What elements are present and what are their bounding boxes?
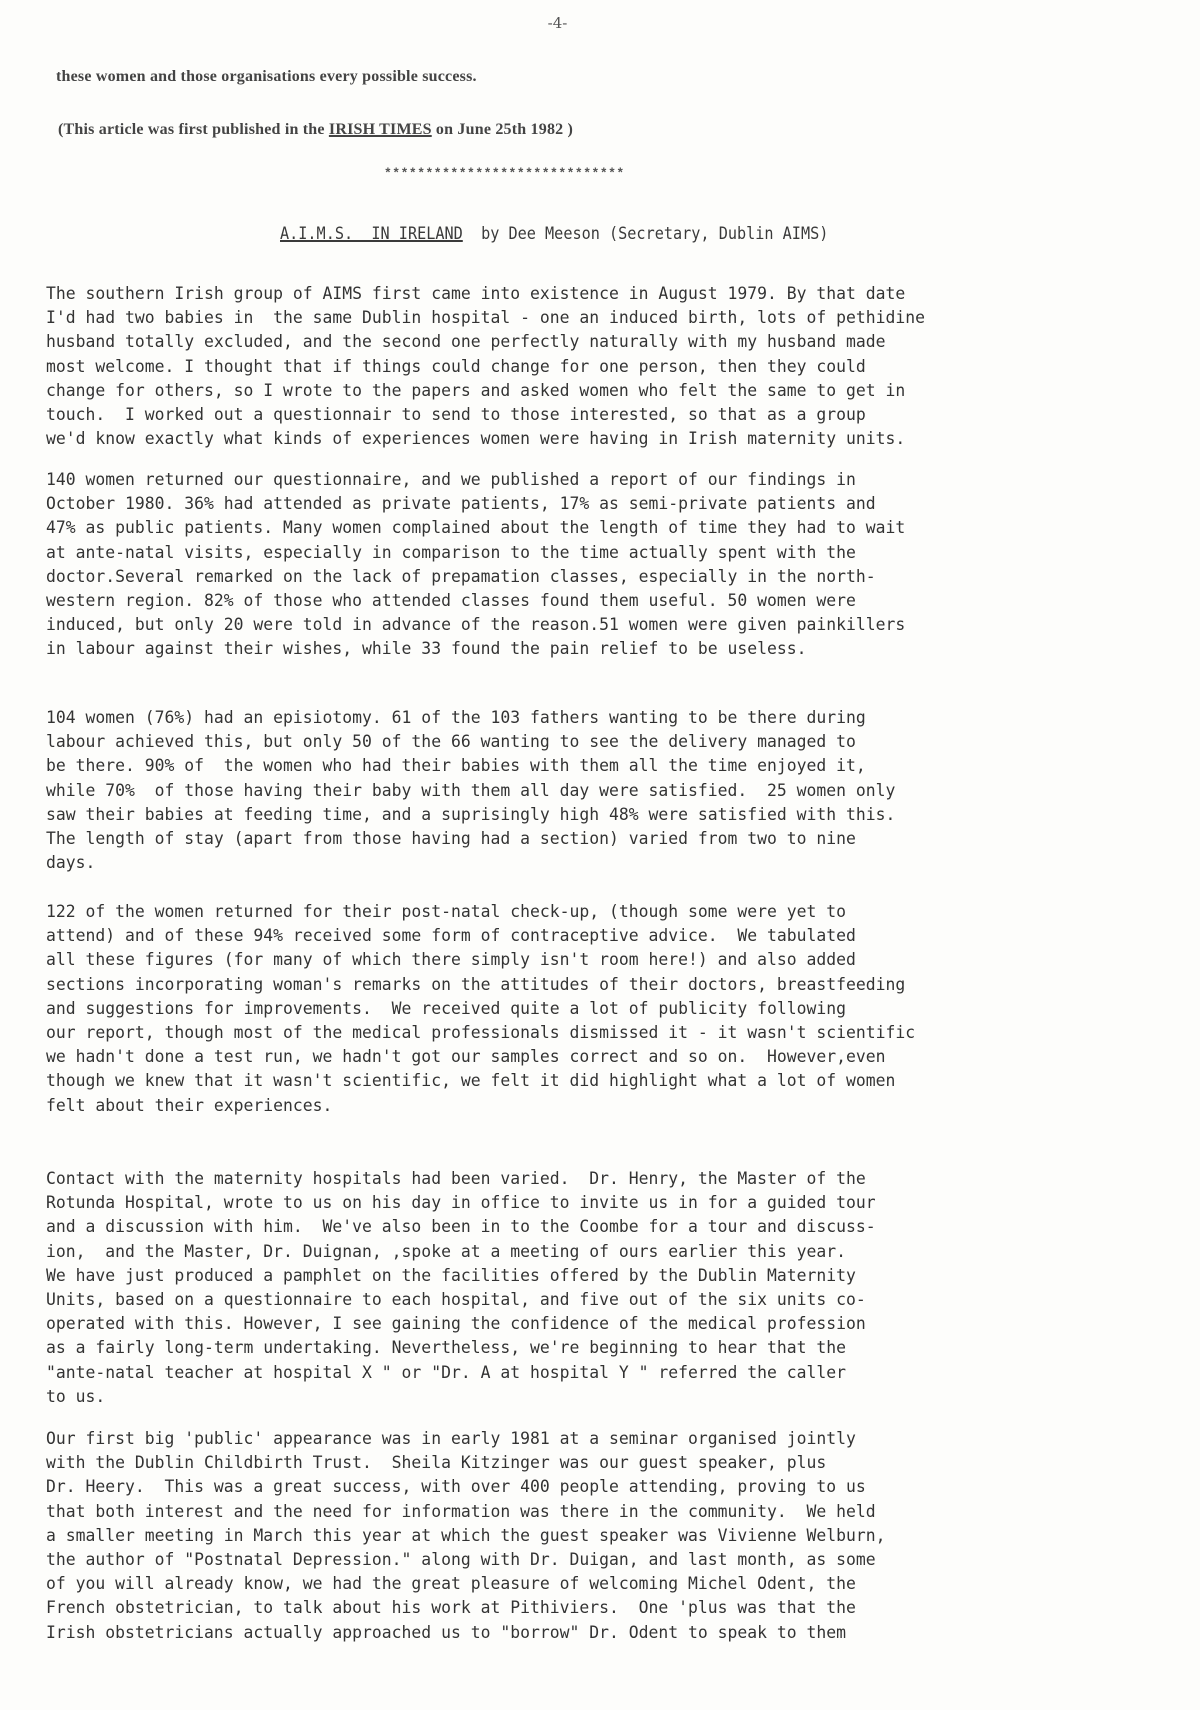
section-separator: *****************************	[384, 166, 625, 181]
intro-closing-line: these women and those organisations ever…	[56, 68, 477, 86]
paragraph: 104 women (76%) had an episiotomy. 61 of…	[46, 706, 895, 875]
paragraph: 140 women returned our questionnaire, an…	[46, 468, 905, 662]
paragraph-line: induced, but only 20 were told in advanc…	[46, 613, 905, 637]
paragraph-line: change for others, so I wrote to the pap…	[46, 379, 925, 403]
paragraph-line: that both interest and the need for info…	[46, 1500, 886, 1524]
paragraph-line: at ante-natal visits, especially in comp…	[46, 541, 905, 565]
paragraph-line: "ante-natal teacher at hospital X " or "…	[46, 1361, 876, 1385]
paragraph-line: days.	[46, 851, 895, 875]
paragraph-line: 122 of the women returned for their post…	[46, 900, 915, 924]
paragraph-line: a smaller meeting in March this year at …	[46, 1524, 886, 1548]
paragraph-line: husband totally excluded, and the second…	[46, 330, 925, 354]
paragraph: Contact with the maternity hospitals had…	[46, 1167, 876, 1409]
paragraph-line: the author of "Postnatal Depression." al…	[46, 1548, 886, 1572]
paragraph-line: in labour against their wishes, while 33…	[46, 637, 905, 661]
article-byline: by Dee Meeson (Secretary, Dublin AIMS)	[463, 224, 829, 243]
publication-note-suffix: on June 25th 1982 )	[432, 121, 573, 138]
paragraph-line: though we knew that it wasn't scientific…	[46, 1069, 915, 1093]
paragraph-line: Our first big 'public' appearance was in…	[46, 1427, 886, 1451]
paragraph-line: attend) and of these 94% received some f…	[46, 924, 915, 948]
paragraph-line: western region. 82% of those who attende…	[46, 589, 905, 613]
paragraph-line: The length of stay (apart from those hav…	[46, 827, 895, 851]
paragraph-line: felt about their experiences.	[46, 1094, 915, 1118]
paragraph-line: while 70% of those having their baby wit…	[46, 779, 895, 803]
paragraph: Our first big 'public' appearance was in…	[46, 1427, 886, 1645]
paragraph-line: we hadn't done a test run, we hadn't got…	[46, 1045, 915, 1069]
paragraph-line: 47% as public patients. Many women compl…	[46, 516, 905, 540]
paragraph-line: and suggestions for improvements. We rec…	[46, 997, 915, 1021]
paragraph-line: to us.	[46, 1385, 876, 1409]
paragraph-line: I'd had two babies in the same Dublin ho…	[46, 306, 925, 330]
page-number: -4-	[0, 14, 1115, 32]
paragraph-line: Dr. Heery. This was a great success, wit…	[46, 1475, 886, 1499]
paragraph-line: all these figures (for many of which the…	[46, 948, 915, 972]
paragraph-line: with the Dublin Childbirth Trust. Sheila…	[46, 1451, 886, 1475]
paragraph-line: The southern Irish group of AIMS first c…	[46, 282, 925, 306]
paragraph: The southern Irish group of AIMS first c…	[46, 282, 925, 451]
paragraph-line: operated with this. However, I see gaini…	[46, 1312, 876, 1336]
paragraph-line: as a fairly long-term undertaking. Never…	[46, 1336, 876, 1360]
paragraph-line: sections incorporating woman's remarks o…	[46, 973, 915, 997]
paragraph-line: touch. I worked out a questionnair to se…	[46, 403, 925, 427]
paragraph-line: October 1980. 36% had attended as privat…	[46, 492, 905, 516]
paragraph-line: labour achieved this, but only 50 of the…	[46, 730, 895, 754]
publication-note: (This article was first published in the…	[58, 121, 573, 139]
paragraph-line: be there. 90% of the women who had their…	[46, 754, 895, 778]
paragraph: 122 of the women returned for their post…	[46, 900, 915, 1118]
paragraph-line: most welcome. I thought that if things c…	[46, 355, 925, 379]
paragraph-line: We have just produced a pamphlet on the …	[46, 1264, 876, 1288]
paragraph-line: 104 women (76%) had an episiotomy. 61 of…	[46, 706, 895, 730]
paragraph-line: and a discussion with him. We've also be…	[46, 1215, 876, 1239]
paragraph-line: 140 women returned our questionnaire, an…	[46, 468, 905, 492]
paragraph-line: doctor.Several remarked on the lack of p…	[46, 565, 905, 589]
publication-name: IRISH TIMES	[329, 121, 432, 138]
paragraph-line: French obstetrician, to talk about his w…	[46, 1596, 886, 1620]
paragraph-line: Contact with the maternity hospitals had…	[46, 1167, 876, 1191]
paragraph-line: saw their babies at feeding time, and a …	[46, 803, 895, 827]
paragraph-line: Irish obstetricians actually approached …	[46, 1621, 886, 1645]
paragraph-line: of you will already know, we had the gre…	[46, 1572, 886, 1596]
paragraph-line: Units, based on a questionnaire to each …	[46, 1288, 876, 1312]
paragraph-line: we'd know exactly what kinds of experien…	[46, 427, 925, 451]
article-title: A.I.M.S. IN IRELAND	[280, 224, 463, 243]
paragraph-line: Rotunda Hospital, wrote to us on his day…	[46, 1191, 876, 1215]
paragraph-line: ion, and the Master, Dr. Duignan, ,spoke…	[46, 1240, 876, 1264]
paragraph-line: our report, though most of the medical p…	[46, 1021, 915, 1045]
publication-note-prefix: (This article was first published in the	[58, 121, 329, 138]
article-heading: A.I.M.S. IN IRELAND by Dee Meeson (Secre…	[280, 224, 828, 243]
